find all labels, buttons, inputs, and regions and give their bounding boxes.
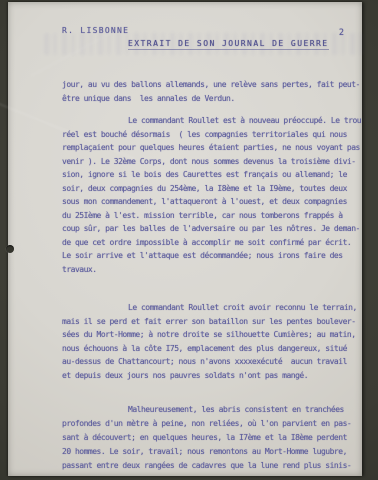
text-line: remplaçaient pour quelques heures étaien… — [62, 141, 352, 155]
text-line: mais il se perd et fait errer son batail… — [62, 315, 352, 329]
text-line: jour, au vu des ballons allemands, une r… — [62, 78, 352, 92]
text-line: au-dessus de Chattancourt; nous n'avons … — [62, 355, 352, 369]
text-line: soir, deux compagnies du 254ème, la I8èm… — [62, 182, 352, 196]
text-line: profondes d'un mètre à peine, non reliée… — [62, 417, 352, 431]
text-line: Le commandant Roullet est à nouveau préo… — [62, 114, 352, 128]
text-line: sion, ignore si le bois des Caurettes es… — [62, 168, 352, 182]
text-line: travaux. — [62, 263, 352, 277]
text-line: et depuis deux jours nos pauvres soldats… — [62, 369, 352, 383]
paragraph: jour, au vu des ballons allemands, une r… — [62, 78, 352, 105]
text-line: passant entre deux rangées de cadavres q… — [62, 459, 352, 473]
text-line: Le commandant Roullet croit avoir reconn… — [62, 301, 352, 315]
text-line: sous mon commandement, l'attaqueront à l… — [62, 195, 352, 209]
paragraph: Le commandant Roullet croit avoir reconn… — [62, 301, 352, 382]
text-line: Malheureusement, les abris consistent en… — [62, 403, 352, 417]
punch-hole — [6, 245, 14, 253]
text-line: coup sûr, par les balles de l'adversaire… — [62, 222, 352, 236]
author-name: R. LISBONNE — [62, 26, 129, 35]
paragraph: Le commandant Roullet est à nouveau préo… — [62, 114, 352, 276]
document-title: EXTRAIT DE SON JOURNAL DE GUERRE — [128, 39, 329, 50]
page-header: R. LISBONNE 2 — [62, 26, 344, 38]
text-line: venir ). Le 32ème Corps, dont nous somme… — [62, 155, 352, 169]
text-line: Le soir arrive et l'attaque est décomman… — [62, 249, 352, 263]
text-line: être unique dans les annales de Verdun. — [62, 92, 352, 106]
text-line: sant à découvert; en quelques heures, la… — [62, 431, 352, 445]
text-line: nous échouons à la côte I75, emplacement… — [62, 342, 352, 356]
text-line: réel est bouché désormais ( les compagni… — [62, 128, 352, 142]
text-line: de que cet ordre impossible à accomplir … — [62, 236, 352, 250]
text-line: du 25Ième à l'est. mission terrible, car… — [62, 209, 352, 223]
text-line: sées du Mort-Homme; à notre droite se si… — [62, 328, 352, 342]
photo-background: R. LISBONNE 2 EXTRAIT DE SON JOURNAL DE … — [0, 0, 378, 480]
page-number: 2 — [339, 28, 344, 38]
paragraph: Malheureusement, les abris consistent en… — [62, 403, 352, 473]
text-line: 20 hommes. Le soir, travail; nous remont… — [62, 445, 352, 459]
document-page: R. LISBONNE 2 EXTRAIT DE SON JOURNAL DE … — [8, 2, 362, 476]
